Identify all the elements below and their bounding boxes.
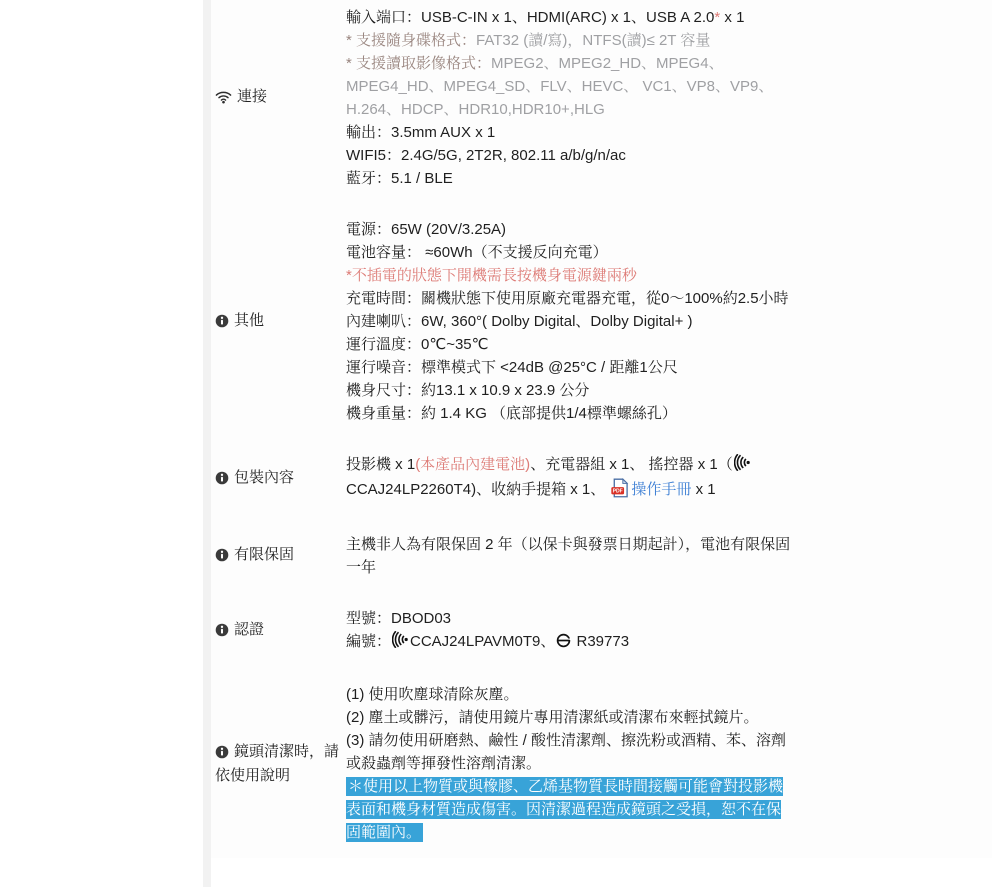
spec-label: 包裝內容 bbox=[211, 467, 346, 491]
spec-label: 其他 bbox=[211, 310, 346, 334]
manual-link[interactable]: 操作手冊 bbox=[631, 481, 691, 498]
text-segment: CCAJ24LPAVM0T9、 bbox=[410, 633, 555, 650]
text-segment: (2) 塵土或髒污，請使用鏡片專用清潔紙或清潔布來輕拭鏡片。 bbox=[346, 709, 759, 726]
text-segment: 編號： bbox=[346, 633, 391, 650]
text-segment: (1) 使用吹塵球清除灰塵。 bbox=[346, 686, 519, 703]
text-segment: 機身尺寸：約13.1 x 10.9 x 23.9 公分 bbox=[346, 382, 589, 399]
spec-label: 有限保固 bbox=[211, 544, 346, 568]
text-segment: ＊使用以上物質或與橡膠、乙烯基物質長時間接觸可能會對投影機表面和機身材質造成傷害… bbox=[346, 777, 783, 842]
spec-paragraph: 電源：65W (20V/3.25A) bbox=[346, 218, 794, 241]
text-segment: x 1 bbox=[720, 9, 744, 26]
text-segment: CCAJ24LP2260T4)、收納手提箱 x 1、 bbox=[346, 481, 609, 498]
table-left-edge bbox=[203, 0, 211, 887]
spec-content: 主機非人為有限保固 2 年（以保卡與發票日期起計），電池有限保固一年 bbox=[346, 533, 794, 579]
spec-paragraph: 電池容量： ≈60Wh（不支援反向充電） bbox=[346, 241, 794, 264]
spec-paragraph: 輸出：3.5mm AUX x 1 bbox=[346, 121, 794, 144]
text-segment: (3) 請勿使用研磨熱、鹼性 / 酸性清潔劑、擦洗粉或酒精、苯、溶劑或殺蟲劑等揮… bbox=[346, 732, 786, 772]
spec-label: 認證 bbox=[211, 619, 346, 643]
spec-label: 連接 bbox=[211, 86, 346, 110]
spec-paragraph: * 支援讀取影像格式：MPEG2、MPEG2_HD、MPEG4、MPEG4_HD… bbox=[346, 52, 794, 121]
text-segment: R39773 bbox=[572, 633, 629, 650]
text-segment: 電池容量： ≈60Wh（不支援反向充電） bbox=[346, 244, 608, 261]
spec-row: 其他電源：65W (20V/3.25A)電池容量： ≈60Wh（不支援反向充電）… bbox=[211, 204, 992, 439]
text-segment: 運行噪音：標準模式下 <24dB @25°C / 距離1公尺 bbox=[346, 359, 678, 376]
text-segment: 輸入端口：USB-C-IN x 1、HDMI(ARC) x 1、USB A 2.… bbox=[346, 9, 714, 26]
spec-paragraph: *不插電的狀態下開機需長按機身電源鍵兩秒 bbox=[346, 264, 794, 287]
spec-content: 投影機 x 1(本產品內建電池)、充電器組 x 1、 搖控器 x 1（CCAJ2… bbox=[346, 453, 794, 505]
spec-content: 型號：DBOD03編號：CCAJ24LPAVM0T9、 R39773 bbox=[346, 607, 794, 655]
spec-label-text: 包裝內容 bbox=[234, 469, 294, 486]
spec-table: 連接輸入端口：USB-C-IN x 1、HDMI(ARC) x 1、USB A … bbox=[211, 0, 992, 858]
spec-row: 有限保固主機非人為有限保固 2 年（以保卡與發票日期起計），電池有限保固一年 bbox=[211, 519, 992, 593]
spec-label-text: 認證 bbox=[234, 621, 264, 638]
spec-paragraph: 型號：DBOD03 bbox=[346, 607, 794, 630]
spec-paragraph: 運行溫度：0℃~35℃ bbox=[346, 333, 794, 356]
text-segment: (本產品內建電池) bbox=[415, 456, 530, 473]
bsmi-icon bbox=[556, 632, 571, 655]
text-segment: 充電時間：關機狀態下使用原廠充電器充電，從0～100%約2.5小時 bbox=[346, 290, 789, 307]
spec-row: 認證型號：DBOD03編號：CCAJ24LPAVM0T9、 R39773 bbox=[211, 593, 992, 669]
text-segment: 投影機 x 1 bbox=[346, 456, 415, 473]
ncc-icon bbox=[392, 631, 409, 655]
text-segment: FAT32 (讀/寫)，NTFS(讀)≤ 2T 容量 bbox=[476, 32, 710, 49]
text-segment: 內建喇叭：6W, 360°( Dolby Digital、Dolby Digit… bbox=[346, 313, 693, 330]
info-icon bbox=[215, 547, 229, 568]
spec-paragraph: 運行噪音：標準模式下 <24dB @25°C / 距離1公尺 bbox=[346, 356, 794, 379]
spec-paragraph: 投影機 x 1(本產品內建電池)、充電器組 x 1、 搖控器 x 1（CCAJ2… bbox=[346, 453, 794, 505]
text-segment: 機身重量：約 1.4 KG （底部提供1/4標準螺絲孔） bbox=[346, 405, 677, 422]
text-segment: *不插電的狀態下開機需長按機身電源鍵兩秒 bbox=[346, 267, 637, 284]
info-icon bbox=[215, 744, 229, 765]
spec-label-text: 連接 bbox=[237, 88, 267, 105]
product-spec-page: 連接輸入端口：USB-C-IN x 1、HDMI(ARC) x 1、USB A … bbox=[0, 0, 992, 887]
text-segment: 、充電器組 x 1、 搖控器 x 1（ bbox=[530, 456, 733, 473]
info-icon bbox=[215, 313, 229, 334]
spec-paragraph: 輸入端口：USB-C-IN x 1、HDMI(ARC) x 1、USB A 2.… bbox=[346, 6, 794, 29]
text-segment: * 支援讀取影像格式： bbox=[346, 55, 491, 72]
pdf-icon: PDF bbox=[610, 478, 629, 505]
info-icon bbox=[215, 470, 229, 491]
text-segment: 主機非人為有限保固 2 年（以保卡與發票日期起計），電池有限保固一年 bbox=[346, 536, 790, 576]
spec-label-text: 鏡頭清潔時，請依使用說明 bbox=[215, 743, 339, 784]
spec-row: 鏡頭清潔時，請依使用說明(1) 使用吹塵球清除灰塵。(2) 塵土或髒污，請使用鏡… bbox=[211, 669, 992, 858]
spec-paragraph: 編號：CCAJ24LPAVM0T9、 R39773 bbox=[346, 630, 794, 655]
spec-paragraph: 充電時間：關機狀態下使用原廠充電器充電，從0～100%約2.5小時 bbox=[346, 287, 794, 310]
spec-paragraph: * 支援隨身碟格式：FAT32 (讀/寫)，NTFS(讀)≤ 2T 容量 bbox=[346, 29, 794, 52]
text-segment: x 1 bbox=[691, 481, 715, 498]
ncc-icon bbox=[734, 454, 751, 478]
spec-paragraph: 主機非人為有限保固 2 年（以保卡與發票日期起計），電池有限保固一年 bbox=[346, 533, 794, 579]
spec-content: 輸入端口：USB-C-IN x 1、HDMI(ARC) x 1、USB A 2.… bbox=[346, 6, 794, 190]
spec-row: 連接輸入端口：USB-C-IN x 1、HDMI(ARC) x 1、USB A … bbox=[211, 0, 992, 204]
spec-content: (1) 使用吹塵球清除灰塵。(2) 塵土或髒污，請使用鏡片專用清潔紙或清潔布來輕… bbox=[346, 683, 794, 844]
spec-row: 包裝內容投影機 x 1(本產品內建電池)、充電器組 x 1、 搖控器 x 1（C… bbox=[211, 439, 992, 519]
spec-paragraph: 內建喇叭：6W, 360°( Dolby Digital、Dolby Digit… bbox=[346, 310, 794, 333]
text-segment: 運行溫度：0℃~35℃ bbox=[346, 336, 488, 353]
spec-paragraph: ＊使用以上物質或與橡膠、乙烯基物質長時間接觸可能會對投影機表面和機身材質造成傷害… bbox=[346, 775, 794, 844]
text-segment: WIFI5：2.4G/5G, 2T2R, 802.11 a/b/g/n/ac bbox=[346, 147, 626, 164]
spec-paragraph: 機身重量：約 1.4 KG （底部提供1/4標準螺絲孔） bbox=[346, 402, 794, 425]
spec-paragraph: WIFI5：2.4G/5G, 2T2R, 802.11 a/b/g/n/ac bbox=[346, 144, 794, 167]
text-segment: * 支援隨身碟格式： bbox=[346, 32, 476, 49]
spec-paragraph: (3) 請勿使用研磨熱、鹼性 / 酸性清潔劑、擦洗粉或酒精、苯、溶劑或殺蟲劑等揮… bbox=[346, 729, 794, 775]
text-segment: 藍牙：5.1 / BLE bbox=[346, 170, 453, 187]
spec-paragraph: 藍牙：5.1 / BLE bbox=[346, 167, 794, 190]
spec-content: 電源：65W (20V/3.25A)電池容量： ≈60Wh（不支援反向充電）*不… bbox=[346, 218, 794, 425]
spec-paragraph: 機身尺寸：約13.1 x 10.9 x 23.9 公分 bbox=[346, 379, 794, 402]
spec-label-text: 有限保固 bbox=[234, 546, 294, 563]
text-segment: 型號：DBOD03 bbox=[346, 610, 451, 627]
text-segment: 輸出：3.5mm AUX x 1 bbox=[346, 124, 495, 141]
spec-label: 鏡頭清潔時，請依使用說明 bbox=[211, 741, 346, 786]
text-segment: 電源：65W (20V/3.25A) bbox=[346, 221, 506, 238]
info-icon bbox=[215, 622, 229, 643]
spec-paragraph: (2) 塵土或髒污，請使用鏡片專用清潔紙或清潔布來輕拭鏡片。 bbox=[346, 706, 794, 729]
wifi-icon bbox=[215, 89, 232, 110]
spec-label-text: 其他 bbox=[234, 312, 264, 329]
svg-text:PDF: PDF bbox=[613, 488, 623, 494]
spec-paragraph: (1) 使用吹塵球清除灰塵。 bbox=[346, 683, 794, 706]
